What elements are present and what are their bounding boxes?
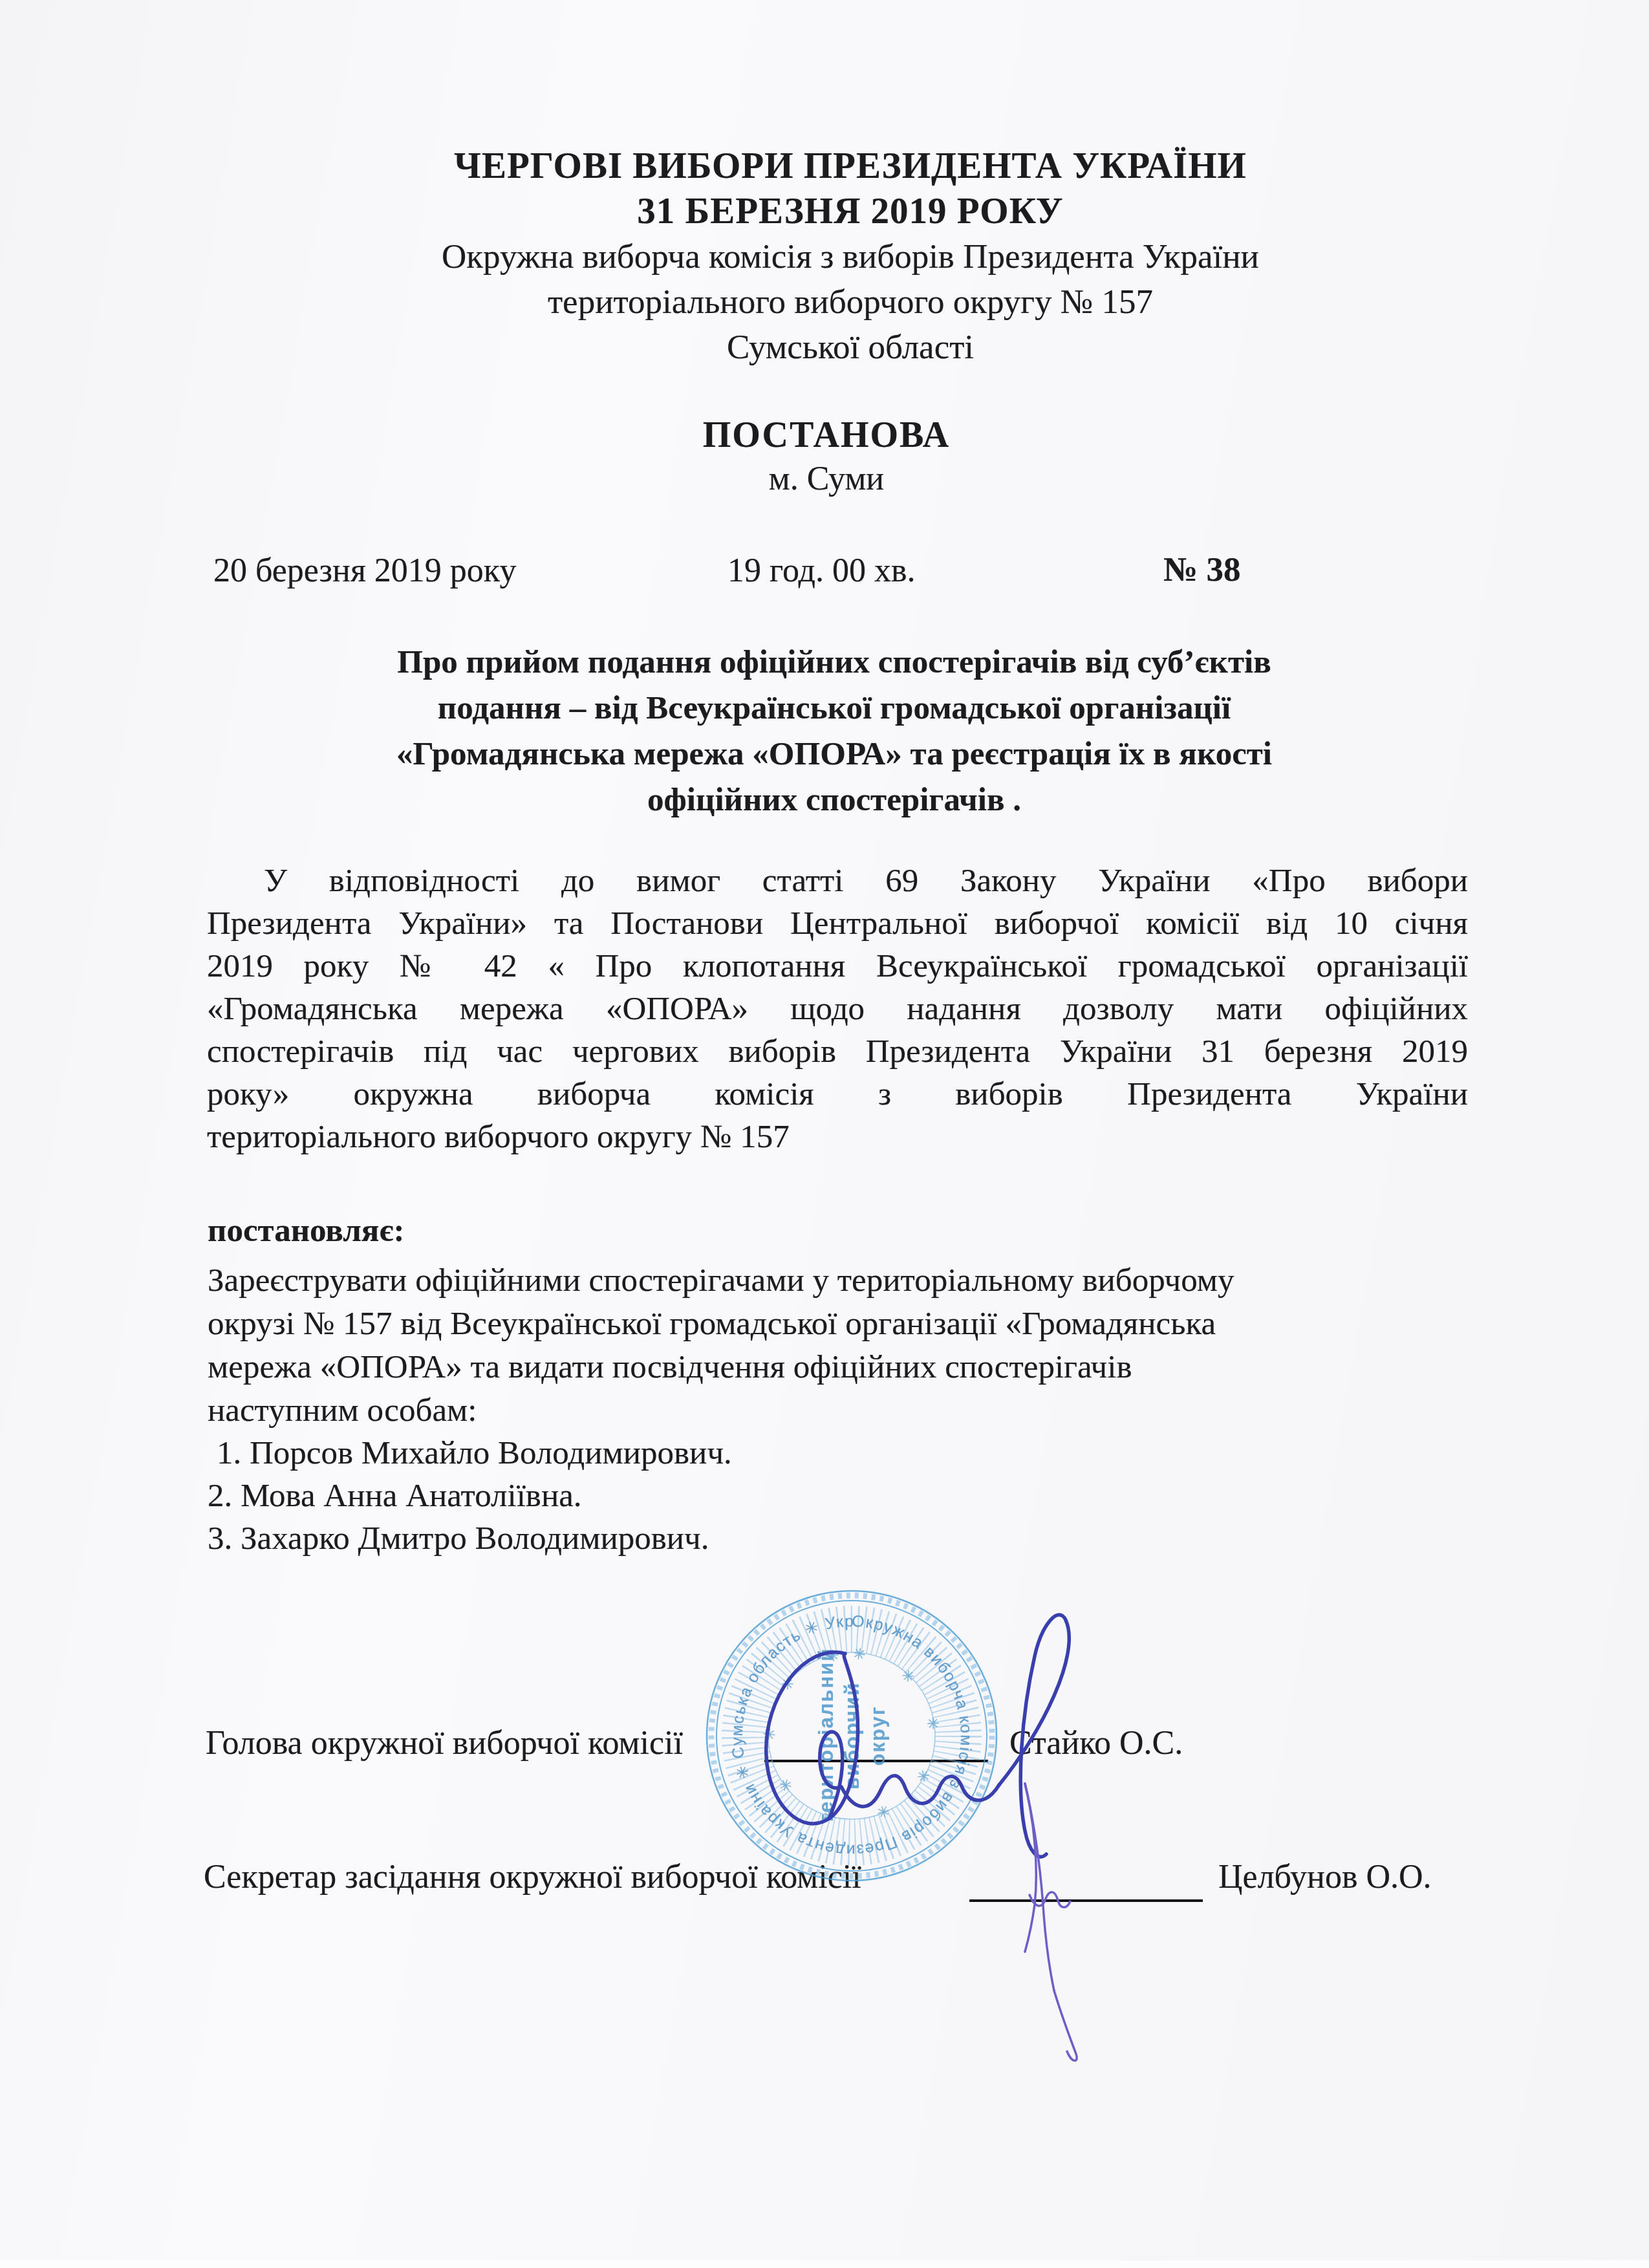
resolution-heading: ПОСТАНОВА м. Суми (196, 414, 1457, 501)
preamble-line: У відповідності до вимог статті 69 Закон… (207, 859, 1468, 902)
preamble-line: 2019 року № 42 « Про клопотання Всеукраї… (207, 945, 1468, 988)
preamble-paragraph: У відповідності до вимог статті 69 Закон… (207, 859, 1468, 1158)
preamble-line: Президента України» та Постанови Централ… (207, 902, 1468, 945)
resolution-number: № 38 (1163, 550, 1241, 589)
decree-line: наступним особам: (208, 1389, 1456, 1432)
decree-line: мережа «ОПОРА» та видати посвідчення офі… (208, 1346, 1456, 1389)
header-line-district: територіального виборчого округу № 157 (213, 279, 1487, 325)
subject-line: Про прийом подання офіційних спостерігач… (220, 640, 1449, 686)
document-page: ЧЕРГОВІ ВИБОРИ ПРЕЗИДЕНТА УКРАЇНИ 31 БЕР… (0, 0, 1649, 2268)
document-header: ЧЕРГОВІ ВИБОРИ ПРЕЗИДЕНТА УКРАЇНИ 31 БЕР… (213, 144, 1487, 370)
subject-line: подання – від Всеукраїнської громадської… (220, 686, 1449, 731)
observers-list: 1. Порсов Михайло Володимирович. 2. Мова… (208, 1432, 732, 1560)
preamble-line: «Громадянська мережа «ОПОРА» щодо наданн… (207, 988, 1468, 1030)
observer-item: 3. Захарко Дмитро Володимирович. (208, 1517, 732, 1560)
secretary-signature-icon (1025, 1784, 1077, 2060)
decree-line: Зареєструвати офіційними спостерігачами … (208, 1259, 1456, 1302)
resolution-time: 19 год. 00 хв. (727, 552, 916, 590)
observer-item: 1. Порсов Михайло Володимирович. (208, 1432, 732, 1474)
header-line-region: Сумської області (213, 325, 1487, 370)
signature-role-head: Голова окружної виборчої комісії (206, 1724, 683, 1762)
resolution-city: м. Суми (196, 457, 1457, 501)
subject-line: офіційних спостерігачів . (220, 777, 1449, 823)
header-line-election-date: 31 БЕРЕЗНЯ 2019 РОКУ (213, 189, 1487, 234)
decree-line: окрузі № 157 від Всеукраїнської громадсь… (208, 1302, 1456, 1346)
scanner-edge-artifact (0, 2260, 1649, 2268)
header-line-election-title: ЧЕРГОВІ ВИБОРИ ПРЕЗИДЕНТА УКРАЇНИ (213, 144, 1487, 189)
header-line-commission: Окружна виборча комісія з виборів Презид… (213, 234, 1487, 279)
preamble-line: року» окружна виборча комісія з виборів … (207, 1073, 1468, 1116)
decree-paragraph: Зареєструвати офіційними спостерігачами … (208, 1259, 1456, 1432)
resolution-title: ПОСТАНОВА (196, 414, 1457, 457)
subject-line: «Громадянська мережа «ОПОРА» та реєстрац… (220, 731, 1449, 777)
preamble-line: спостерігачів під час чергових виборів П… (207, 1030, 1468, 1073)
handwritten-signatures-layer (711, 1578, 1164, 2108)
preamble-line: територіального виборчого округу № 157 (207, 1116, 1468, 1158)
observer-item: 2. Мова Анна Анатоліївна. (208, 1474, 732, 1517)
resolution-date: 20 березня 2019 року (213, 552, 516, 590)
resolution-subject: Про прийом подання офіційних спостерігач… (220, 640, 1449, 823)
decree-label: постановляє: (208, 1212, 404, 1249)
signature-name-secretary: Целбунов О.О. (1218, 1858, 1432, 1896)
head-signature-icon (766, 1615, 1070, 1857)
